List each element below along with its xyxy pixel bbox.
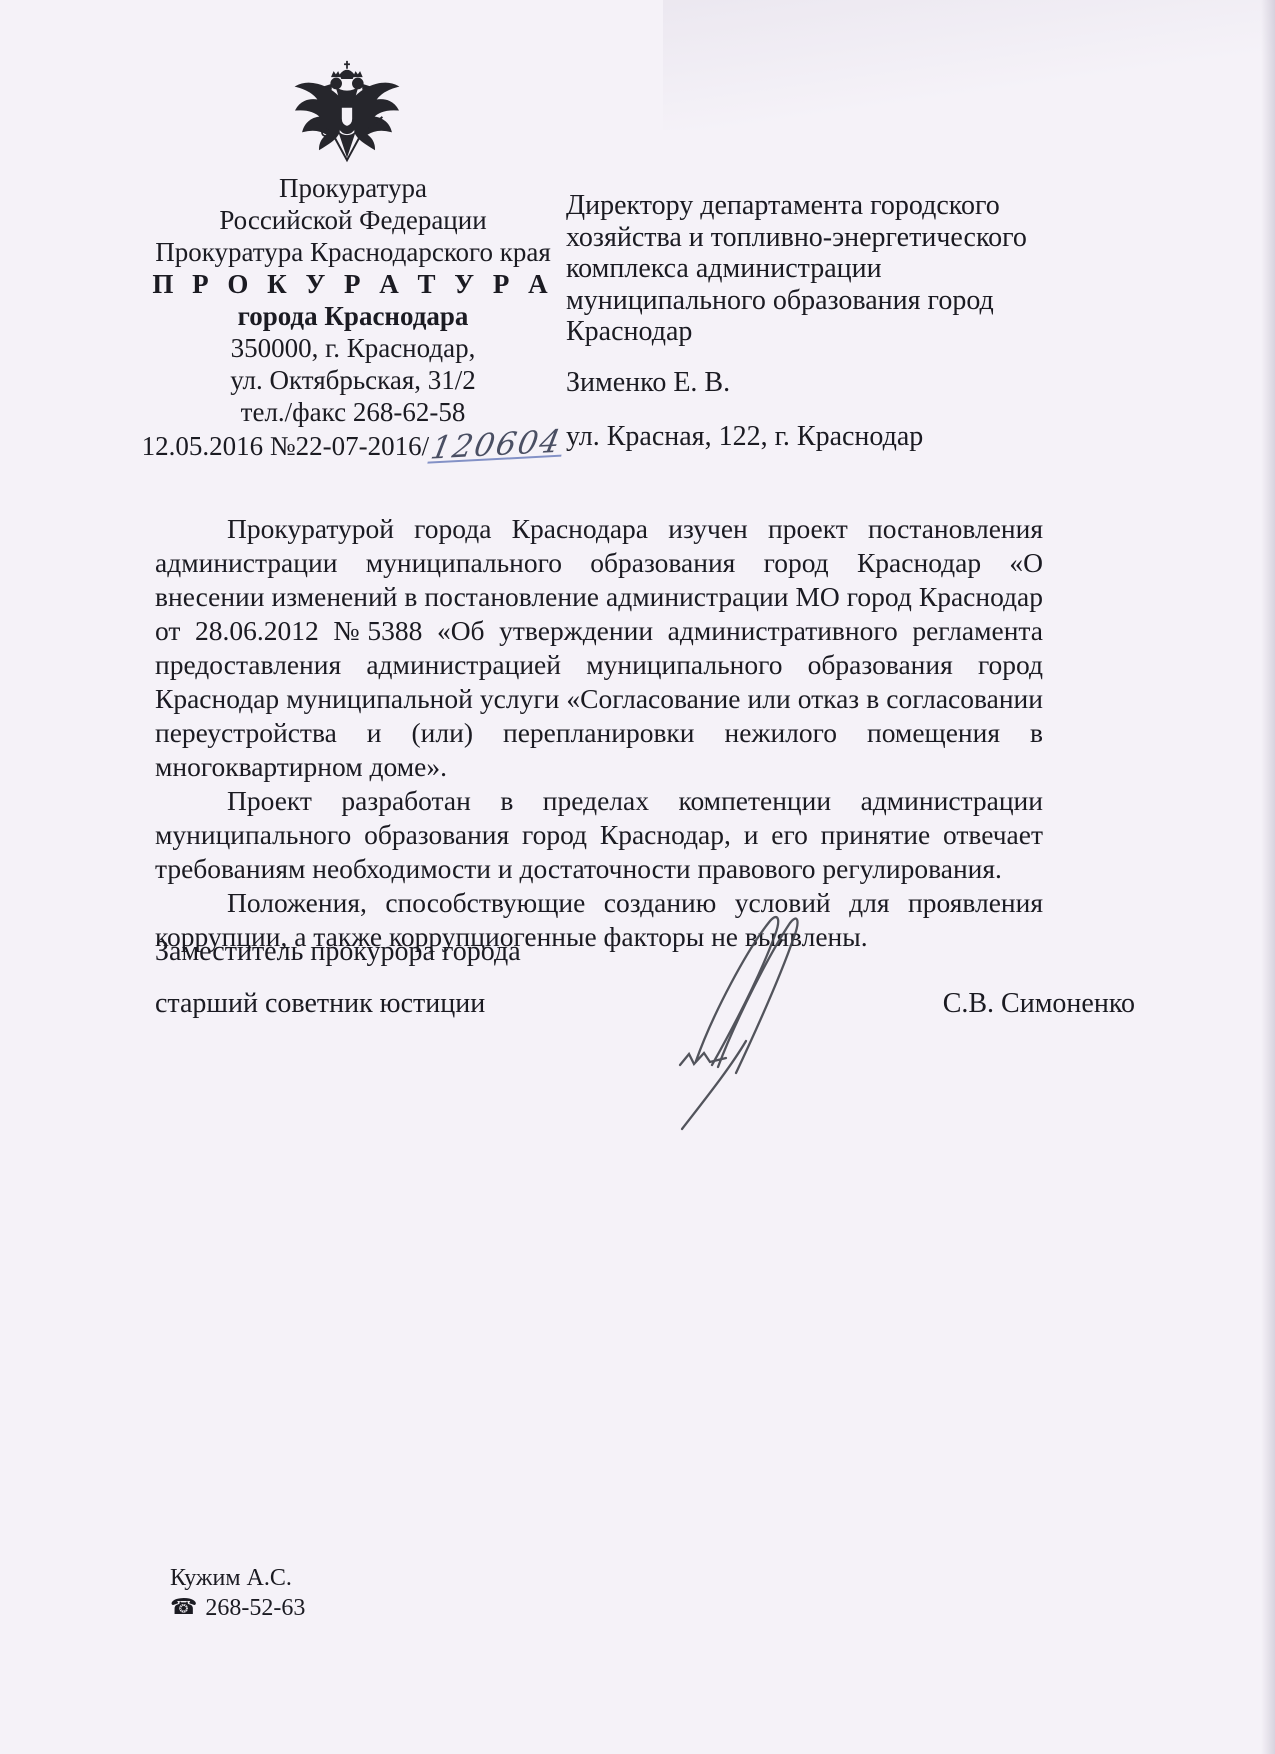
footer-executor-block: Кужим А.С. ☎ 268-52-63 [170,1563,305,1623]
coat-of-arms-icon [288,58,406,164]
recipient-line: комплекса администрации [566,253,1114,285]
phone-icon: ☎ [170,1593,197,1623]
handwritten-outgoing-number: 120604 [427,428,567,463]
letterhead-block: Прокуратура Российской Федерации Прокура… [118,172,588,462]
recipient-name: Зименко Е. В. [566,367,1114,399]
scan-edge-shadow [1261,0,1275,1754]
body-paragraph: Проект разработан в пределах компетенции… [155,784,1043,886]
signer-position-line2: старший советник юстиции [155,988,485,1020]
scan-crease [663,0,1275,130]
recipient-line: Краснодар [566,316,1114,348]
org-address-line: 350000, г. Краснодар, [118,332,588,364]
letter-body: Прокуратурой города Краснодара изучен пр… [155,512,1043,954]
org-city: города Краснодара [118,300,588,332]
org-address-line: ул. Октябрьская, 31/2 [118,364,588,396]
executor-phone: 268-52-63 [205,1593,305,1623]
recipient-block: Директору департамента городского хозяйс… [566,190,1114,453]
executor-name: Кужим А.С. [170,1563,305,1593]
body-paragraph: Прокуратурой города Краснодара изучен пр… [155,512,1043,784]
signer-name: С.В. Симоненко [943,988,1135,1020]
executor-phone-row: ☎ 268-52-63 [170,1593,305,1623]
signer-position-line1: Заместитель прокурора города [155,936,521,968]
recipient-address: ул. Красная, 122, г. Краснодар [566,421,1114,453]
reference-number: 12.05.2016 №22-07-2016/ [142,431,430,461]
scanned-letter-page: Прокуратура Российской Федерации Прокура… [0,0,1275,1754]
org-line: Российской Федерации [118,204,588,236]
org-name: П Р О К У Р А Т У Р А [118,268,588,300]
org-line: Прокуратура Краснодарского края [118,236,588,268]
recipient-line: Директору департамента городского [566,190,1114,222]
recipient-line: хозяйства и топливно-энергетического [566,222,1114,254]
recipient-line: муниципального образования город [566,285,1114,317]
handwritten-signature [618,893,818,1158]
org-line: Прокуратура [118,172,588,204]
org-address-line: тел./факс 268-62-58 [118,396,588,428]
reference-line: 12.05.2016 №22-07-2016/120604 [118,430,588,462]
